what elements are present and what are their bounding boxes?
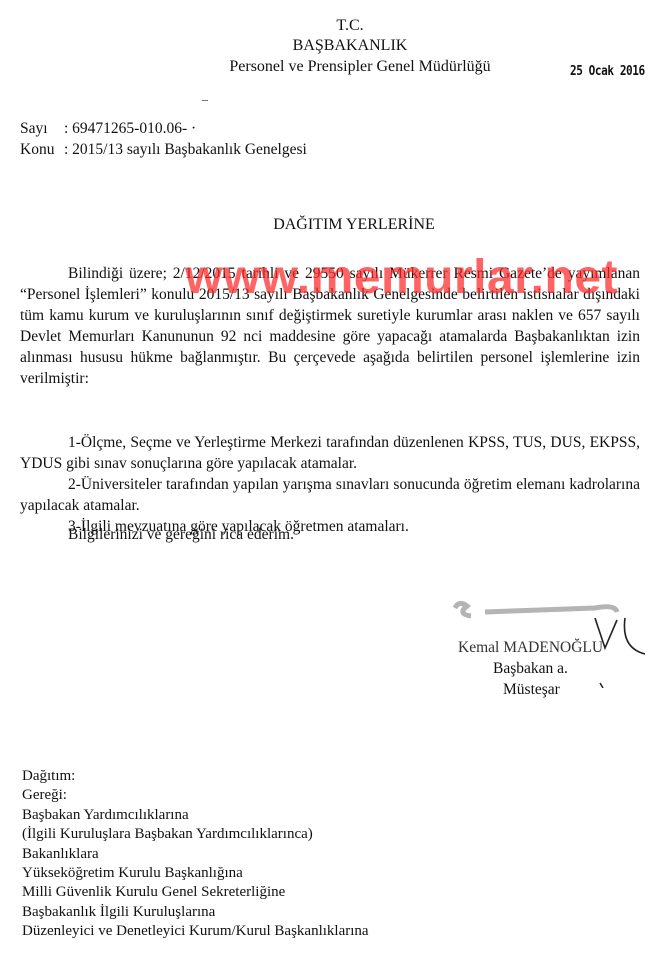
distribution-heading: Dağıtım:: [22, 767, 369, 786]
recipient: Yükseköğretim Kurulu Başkanlığına: [22, 864, 369, 883]
document-title: DAĞITIM YERLERİNE: [24, 216, 660, 234]
closing-line: Bilgilerinizi ve gereğini rica ederim.: [68, 526, 294, 544]
sayi-label: Sayı: [20, 120, 64, 138]
permission-list: 1-Ölçme, Seçme ve Yerleştirme Merkezi ta…: [20, 432, 640, 537]
konu-value: : 2015/13 sayılı Başbakanlık Genelgesi: [64, 141, 307, 159]
recipient: Düzenleyici ve Denetleyici Kurum/Kurul B…: [22, 922, 369, 941]
recipient: (İlgili Kuruluşlara Başbakan Yardımcılık…: [22, 825, 369, 844]
header-institution: BAŞBAKANLIK: [20, 37, 660, 55]
distribution-subheading: Gereği:: [22, 786, 369, 805]
konu-label: Konu: [20, 141, 64, 159]
recipient: Başbakan Yardımcılıklarına: [22, 806, 369, 825]
header-tc: T.C.: [20, 17, 660, 35]
paragraph-text: Bilindiği üzere; 2/12/2015 tarihli ve 29…: [20, 265, 640, 387]
signatory-position: Müsteşar: [503, 681, 560, 699]
recipient: Milli Güvenlik Kurulu Genel Sekreterliği…: [22, 883, 369, 902]
sayi-value: : 69471265-010.06- ·: [64, 120, 196, 138]
signatory-title: Başbakan a.: [493, 660, 568, 678]
header-department: Personel ve Prensipler Genel Müdürlüğü: [30, 58, 660, 76]
distribution-list: Dağıtım: Gereği: Başbakan Yardımcılıklar…: [22, 767, 369, 942]
signatory-name: Kemal MADENOĞLU: [458, 639, 603, 657]
list-item: 1-Ölçme, Seçme ve Yerleştirme Merkezi ta…: [20, 432, 640, 474]
body-paragraph: Bilindiği üzere; 2/12/2015 tarihli ve 29…: [20, 263, 640, 389]
list-item: 2-Üniversiteler tarafından yapılan yarış…: [20, 474, 640, 516]
recipient: Bakanlıklara: [22, 845, 369, 864]
recipient: Başbakanlık İlgili Kuruluşlarına: [22, 903, 369, 922]
date-stamp: 25 Ocak 2016: [570, 64, 645, 79]
list-item-text: 2-Üniversiteler tarafından yapılan yarış…: [20, 476, 640, 514]
list-item-text: 1-Ölçme, Seçme ve Yerleştirme Merkezi ta…: [20, 434, 640, 472]
scan-mark: –: [202, 92, 208, 107]
